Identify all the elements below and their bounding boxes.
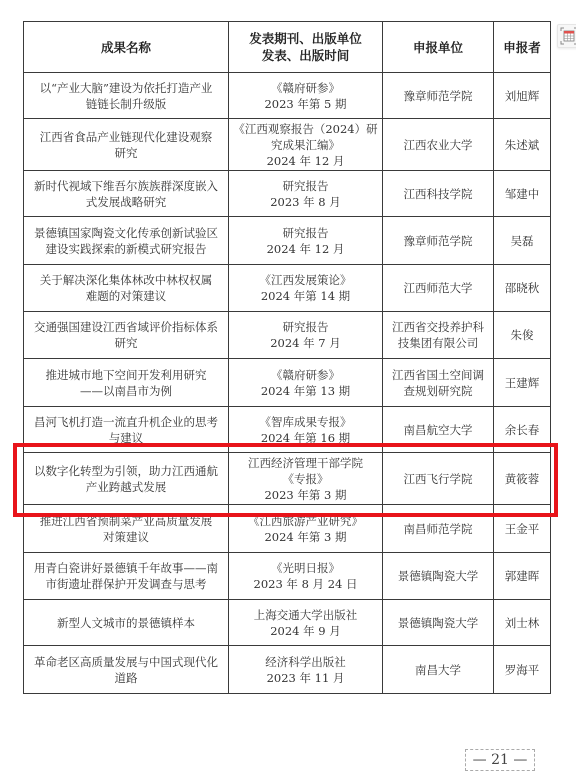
cell-publication-line: 2023 年 8 月 24 日 <box>232 576 379 592</box>
table-row: 革命老区高质量发展与中国式现代化道路经济科学出版社2023 年 11 月南昌大学… <box>24 646 551 694</box>
cell-publication-line: 江西经济管理干部学院 <box>232 455 379 471</box>
cell-title-line: 链链长制升级版 <box>27 96 225 112</box>
cell-author: 王金平 <box>494 505 551 553</box>
cell-title: 以“产业大脑”建设为依托打造产业链链长制升级版 <box>24 73 229 119</box>
cell-title: 新时代视域下维吾尔族族群深度嵌入式发展战略研究 <box>24 171 229 217</box>
cell-author-text: 王建辉 <box>497 375 547 391</box>
cell-unit-line: 南昌大学 <box>386 662 490 678</box>
table-row: 交通强国建设江西省域评价指标体系研究研究报告2024 年 7 月江西省交投养护科… <box>24 312 551 359</box>
cell-title-line: 以“产业大脑”建设为依托打造产业 <box>27 80 225 96</box>
cell-publication-line: 《智库成果专报》 <box>232 414 379 430</box>
cell-unit: 南昌航空大学 <box>383 407 494 453</box>
cell-title: 推进城市地下空间开发利用研究——以南昌市为例 <box>24 359 229 407</box>
table-recognize-button[interactable] <box>557 24 576 48</box>
cell-unit-line: 江西省国土空间调 <box>386 367 490 383</box>
cell-publication-line: 经济科学出版社 <box>232 654 379 670</box>
cell-publication: 江西经济管理干部学院《专报》2023 年第 3 期 <box>229 453 383 505</box>
cell-title-line: 江西省食品产业链现代化建设观察 <box>27 129 225 145</box>
table-row: 推进江西省预制菜产业高质量发展对策建议《江西旅游产业研究》2024 年第 3 期… <box>24 505 551 553</box>
cell-unit: 景德镇陶瓷大学 <box>383 600 494 646</box>
cell-author-text: 吴磊 <box>497 233 547 249</box>
cell-title-line: 新型人文城市的景德镇样本 <box>27 615 225 631</box>
cell-unit-line: 豫章师范学院 <box>386 88 490 104</box>
cell-author: 刘士林 <box>494 600 551 646</box>
cell-title-line: 道路 <box>27 670 225 686</box>
table-body: 以“产业大脑”建设为依托打造产业链链长制升级版《赣府研参》2023 年第 5 期… <box>24 73 551 694</box>
cell-author: 罗海平 <box>494 646 551 694</box>
cell-title-line: 研究 <box>27 335 225 351</box>
cell-publication-line: 2024 年 12 月 <box>232 241 379 257</box>
cell-author: 邹建中 <box>494 171 551 217</box>
cell-publication-line: 2023 年第 5 期 <box>232 96 379 112</box>
table-row: 昌河飞机打造一流直升机企业的思考与建议《智库成果专报》2024 年第 16 期南… <box>24 407 551 453</box>
cell-title-line: 昌河飞机打造一流直升机企业的思考 <box>27 414 225 430</box>
table-recognize-icon <box>558 25 576 47</box>
table-row: 江西省食品产业链现代化建设观察研究《江西观察报告（2024）研究成果汇编》202… <box>24 119 551 171</box>
cell-title-line: 式发展战略研究 <box>27 194 225 210</box>
table-row: 用青白瓷讲好景德镇千年故事——南市街遗址群保护开发调查与思考《光明日报》2023… <box>24 553 551 600</box>
cell-title-line: 用青白瓷讲好景德镇千年故事——南 <box>27 560 225 576</box>
cell-publication-line: 《江西旅游产业研究》 <box>232 513 379 529</box>
cell-title-line: 新时代视域下维吾尔族族群深度嵌入 <box>27 178 225 194</box>
cell-author-text: 朱俊 <box>497 327 547 343</box>
cell-author: 王建辉 <box>494 359 551 407</box>
cell-title: 用青白瓷讲好景德镇千年故事——南市街遗址群保护开发调查与思考 <box>24 553 229 600</box>
cell-unit-line: 南昌师范学院 <box>386 521 490 537</box>
cell-unit: 江西师范大学 <box>383 265 494 312</box>
cell-title-line: 以数字化转型为引领，助力江西通航 <box>27 463 225 479</box>
cell-publication: 《江西观察报告（2024）研究成果汇编》2024 年 12 月 <box>229 119 383 171</box>
cell-publication-line: 《江西发展策论》 <box>232 272 379 288</box>
cell-publication-line: 2023 年 11 月 <box>232 670 379 686</box>
cell-title: 景德镇国家陶瓷文化传承创新试验区建设实践探索的新模式研究报告 <box>24 217 229 265</box>
cell-title-line: 产业跨越式发展 <box>27 479 225 495</box>
cell-publication: 《赣府研参》2024 年第 13 期 <box>229 359 383 407</box>
cell-title: 革命老区高质量发展与中国式现代化道路 <box>24 646 229 694</box>
cell-unit: 江西省国土空间调查规划研究院 <box>383 359 494 407</box>
cell-publication-line: 《专报》 <box>232 471 379 487</box>
cell-publication-line: 研究报告 <box>232 225 379 241</box>
cell-author-text: 余长春 <box>497 422 547 438</box>
cell-unit-line: 豫章师范学院 <box>386 233 490 249</box>
cell-unit: 景德镇陶瓷大学 <box>383 553 494 600</box>
cell-author-text: 朱述斌 <box>497 137 547 153</box>
cell-unit: 南昌师范学院 <box>383 505 494 553</box>
cell-publication: 《赣府研参》2023 年第 5 期 <box>229 73 383 119</box>
cell-title: 推进江西省预制菜产业高质量发展对策建议 <box>24 505 229 553</box>
cell-title: 新型人文城市的景德镇样本 <box>24 600 229 646</box>
cell-unit: 江西省交投养护科技集团有限公司 <box>383 312 494 359</box>
cell-publication-line: 《赣府研参》 <box>232 367 379 383</box>
cell-unit-line: 查规划研究院 <box>386 383 490 399</box>
table-row: 推进城市地下空间开发利用研究——以南昌市为例《赣府研参》2024 年第 13 期… <box>24 359 551 407</box>
cell-unit-line: 技集团有限公司 <box>386 335 490 351</box>
cell-author: 余长春 <box>494 407 551 453</box>
cell-author-text: 刘旭辉 <box>497 88 547 104</box>
cell-publication: 《光明日报》2023 年 8 月 24 日 <box>229 553 383 600</box>
achievements-table: 成果名称 发表期刊、出版单位发表、出版时间 申报单位 申报者 以“产业大脑”建设… <box>23 21 551 694</box>
cell-publication: 研究报告2024 年 12 月 <box>229 217 383 265</box>
cell-author-text: 罗海平 <box>497 662 547 678</box>
cell-author: 黄筱蓉 <box>494 453 551 505</box>
cell-unit-line: 江西农业大学 <box>386 137 490 153</box>
cell-author-text: 郭建晖 <box>497 568 547 584</box>
cell-publication-line: 上海交通大学出版社 <box>232 607 379 623</box>
cell-title-line: 交通强国建设江西省域评价指标体系 <box>27 319 225 335</box>
cell-publication-line: 2023 年第 3 期 <box>232 487 379 503</box>
table-row: 新型人文城市的景德镇样本上海交通大学出版社2024 年 9 月景德镇陶瓷大学刘士… <box>24 600 551 646</box>
cell-publication-line: 《赣府研参》 <box>232 80 379 96</box>
cell-unit-line: 景德镇陶瓷大学 <box>386 568 490 584</box>
cell-publication-line: 2024 年第 16 期 <box>232 430 379 446</box>
cell-title-line: ——以南昌市为例 <box>27 383 225 399</box>
cell-publication-line: 2024 年 7 月 <box>232 335 379 351</box>
cell-author: 吴磊 <box>494 217 551 265</box>
cell-unit: 南昌大学 <box>383 646 494 694</box>
cell-publication: 《智库成果专报》2024 年第 16 期 <box>229 407 383 453</box>
cell-publication: 上海交通大学出版社2024 年 9 月 <box>229 600 383 646</box>
table-header-row: 成果名称 发表期刊、出版单位发表、出版时间 申报单位 申报者 <box>24 22 551 73</box>
header-author: 申报者 <box>494 22 551 73</box>
cell-title: 关于解决深化集体林改中林权权属难题的对策建议 <box>24 265 229 312</box>
cell-title: 昌河飞机打造一流直升机企业的思考与建议 <box>24 407 229 453</box>
header-publication: 发表期刊、出版单位发表、出版时间 <box>229 22 383 73</box>
table-row: 以“产业大脑”建设为依托打造产业链链长制升级版《赣府研参》2023 年第 5 期… <box>24 73 551 119</box>
cell-title: 江西省食品产业链现代化建设观察研究 <box>24 119 229 171</box>
cell-unit: 豫章师范学院 <box>383 217 494 265</box>
cell-publication: 研究报告2024 年 7 月 <box>229 312 383 359</box>
header-unit: 申报单位 <box>383 22 494 73</box>
header-title: 成果名称 <box>24 22 229 73</box>
cell-title-line: 革命老区高质量发展与中国式现代化 <box>27 654 225 670</box>
cell-unit-line: 江西师范大学 <box>386 280 490 296</box>
cell-publication: 《江西旅游产业研究》2024 年第 3 期 <box>229 505 383 553</box>
cell-unit-line: 江西飞行学院 <box>386 471 490 487</box>
cell-author-text: 邹建中 <box>497 186 547 202</box>
cell-unit: 江西科技学院 <box>383 171 494 217</box>
cell-author-text: 邵晓秋 <box>497 280 547 296</box>
cell-author: 郭建晖 <box>494 553 551 600</box>
cell-unit-line: 江西科技学院 <box>386 186 490 202</box>
cell-author: 邵晓秋 <box>494 265 551 312</box>
cell-publication-line: 2024 年第 13 期 <box>232 383 379 399</box>
cell-publication-line: 《光明日报》 <box>232 560 379 576</box>
cell-publication-line: 《江西观察报告（2024）研 <box>232 121 379 137</box>
cell-publication-line: 2024 年 12 月 <box>232 153 379 169</box>
table-row: 关于解决深化集体林改中林权权属难题的对策建议《江西发展策论》2024 年第 14… <box>24 265 551 312</box>
table-row: 新时代视域下维吾尔族族群深度嵌入式发展战略研究研究报告2023 年 8 月江西科… <box>24 171 551 217</box>
cell-title-line: 难题的对策建议 <box>27 288 225 304</box>
cell-title-line: 推进城市地下空间开发利用研究 <box>27 367 225 383</box>
cell-author-text: 王金平 <box>497 521 547 537</box>
table-row: 以数字化转型为引领，助力江西通航产业跨越式发展江西经济管理干部学院《专报》202… <box>24 453 551 505</box>
cell-unit: 江西飞行学院 <box>383 453 494 505</box>
cell-author: 朱俊 <box>494 312 551 359</box>
cell-author-text: 刘士林 <box>497 615 547 631</box>
cell-publication-line: 研究报告 <box>232 319 379 335</box>
cell-publication: 《江西发展策论》2024 年第 14 期 <box>229 265 383 312</box>
cell-title-line: 推进江西省预制菜产业高质量发展 <box>27 513 225 529</box>
cell-unit: 豫章师范学院 <box>383 73 494 119</box>
cell-title-line: 建设实践探索的新模式研究报告 <box>27 241 225 257</box>
cell-title: 以数字化转型为引领，助力江西通航产业跨越式发展 <box>24 453 229 505</box>
cell-title-line: 与建议 <box>27 430 225 446</box>
cell-title-line: 研究 <box>27 145 225 161</box>
cell-title-line: 对策建议 <box>27 529 225 545</box>
cell-publication-line: 2024 年 9 月 <box>232 623 379 639</box>
page-number: — 21 — <box>465 749 535 771</box>
cell-unit-line: 景德镇陶瓷大学 <box>386 615 490 631</box>
table-row: 景德镇国家陶瓷文化传承创新试验区建设实践探索的新模式研究报告研究报告2024 年… <box>24 217 551 265</box>
cell-publication-line: 2024 年第 14 期 <box>232 288 379 304</box>
cell-author-text: 黄筱蓉 <box>497 471 547 487</box>
cell-title-line: 市街遗址群保护开发调查与思考 <box>27 576 225 592</box>
cell-publication-line: 2024 年第 3 期 <box>232 529 379 545</box>
cell-unit-line: 江西省交投养护科 <box>386 319 490 335</box>
cell-publication: 研究报告2023 年 8 月 <box>229 171 383 217</box>
cell-publication-line: 究成果汇编》 <box>232 137 379 153</box>
cell-publication-line: 2023 年 8 月 <box>232 194 379 210</box>
cell-publication-line: 研究报告 <box>232 178 379 194</box>
cell-author: 朱述斌 <box>494 119 551 171</box>
cell-publication: 经济科学出版社2023 年 11 月 <box>229 646 383 694</box>
cell-unit-line: 南昌航空大学 <box>386 422 490 438</box>
cell-title-line: 关于解决深化集体林改中林权权属 <box>27 272 225 288</box>
cell-author: 刘旭辉 <box>494 73 551 119</box>
cell-title-line: 景德镇国家陶瓷文化传承创新试验区 <box>27 225 225 241</box>
cell-unit: 江西农业大学 <box>383 119 494 171</box>
cell-title: 交通强国建设江西省域评价指标体系研究 <box>24 312 229 359</box>
